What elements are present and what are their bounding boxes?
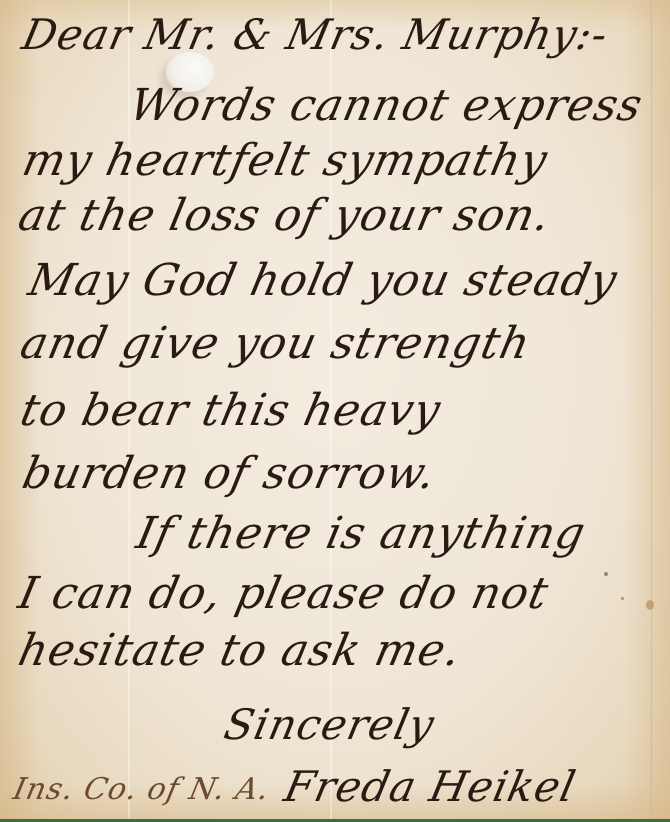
body-line: and give you strength [16, 318, 535, 369]
body-line: to bear this heavy [16, 385, 445, 436]
body-line: my heartfelt sympathy [18, 135, 552, 186]
handwritten-letter: Dear Mr. & Mrs. Murphy:- Words cannot ex… [0, 0, 670, 819]
signature: Freda Heikel [280, 762, 580, 811]
company-name: Ins. Co. of N. A. [10, 772, 273, 807]
body-line: Words cannot express [125, 80, 647, 131]
body-line: hesitate to ask me. [14, 625, 466, 676]
body-line: burden of sorrow. [18, 448, 441, 499]
body-line: at the loss of your son. [14, 190, 555, 241]
closing: Sincerely [220, 700, 439, 749]
body-line: I can do, please do not [14, 568, 553, 619]
letter-paper: Dear Mr. & Mrs. Murphy:- Words cannot ex… [0, 0, 670, 819]
salutation: Dear Mr. & Mrs. Murphy:- [18, 10, 613, 59]
body-line: If there is anything [132, 508, 590, 559]
body-line: May God hold you steady [24, 255, 622, 306]
